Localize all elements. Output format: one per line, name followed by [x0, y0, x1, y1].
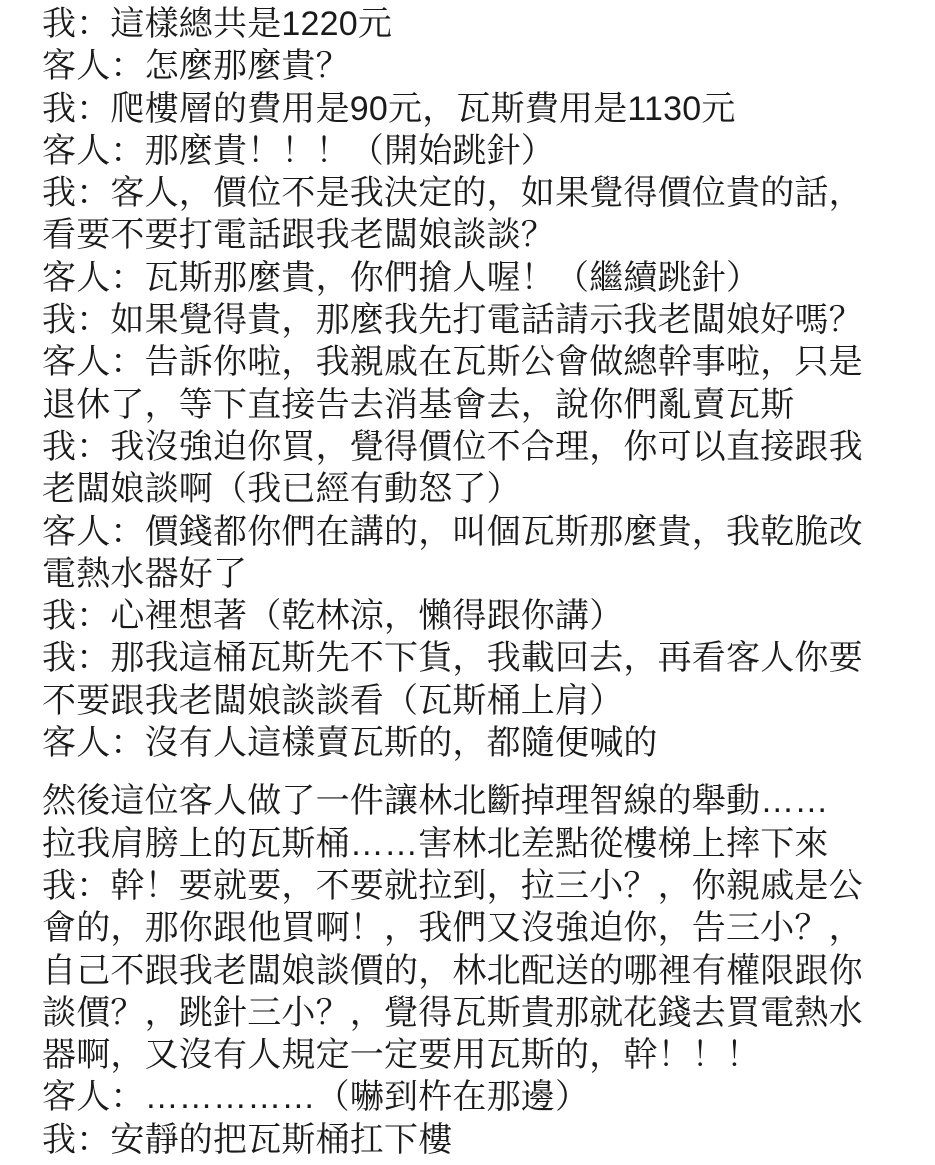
epilogue-line: 自己不跟我老闆娘談價的，林北配送的哪裡有權限跟你	[42, 950, 909, 992]
dialogue-line: 客人：價錢都你們在講的，叫個瓦斯那麼貴，我乾脆改	[42, 511, 909, 553]
epilogue-line: 談價？，跳針三小？，覺得瓦斯貴那就花錢去買電熱水	[42, 992, 909, 1034]
dialogue-line: 我：如果覺得貴，那麼我先打電話請示我老闆娘好嗎？	[42, 299, 909, 341]
epilogue-line: 我：安靜的把瓦斯桶扛下樓	[42, 1119, 909, 1161]
dialogue-line: 我：那我這桶瓦斯先不下貨，我載回去，再看客人你要	[42, 637, 909, 679]
epilogue-line: 器啊，又沒有人規定一定要用瓦斯的，幹！！！	[42, 1034, 909, 1076]
dialogue-line: 不要跟我老闆娘談談看（瓦斯桶上肩）	[42, 680, 909, 722]
dialogue-line: 我：客人，價位不是我決定的，如果覺得價位貴的話，	[42, 172, 909, 214]
dialogue-line: 客人：告訴你啦，我親戚在瓦斯公會做總幹事啦，只是	[42, 341, 909, 383]
dialogue-line: 我：爬樓層的費用是90元，瓦斯費用是1130元	[42, 88, 909, 130]
dialogue-line: 退休了，等下直接告去消基會去，說你們亂賣瓦斯	[42, 384, 909, 426]
text-page: 我：這樣總共是1220元 客人：怎麼那麼貴？ 我：爬樓層的費用是90元，瓦斯費用…	[0, 0, 935, 1165]
dialogue-line: 電熱水器好了	[42, 553, 909, 595]
dialogue-line: 我：心裡想著（乾林涼，懶得跟你講）	[42, 595, 909, 637]
epilogue-line: 拉我肩膀上的瓦斯桶……害林北差點從樓梯上摔下來	[42, 823, 909, 865]
dialogue-line: 客人：怎麼那麼貴？	[42, 45, 909, 87]
dialogue-line: 看要不要打電話跟我老闆娘談談？	[42, 214, 909, 256]
dialogue-line: 老闆娘談啊（我已經有動怒了）	[42, 468, 909, 510]
epilogue-line: 會的，那你跟他買啊！，我們又沒強迫你，告三小？，	[42, 907, 909, 949]
epilogue-line: 客人：……………（嚇到杵在那邊）	[42, 1076, 909, 1118]
dialogue-line: 客人：瓦斯那麼貴，你們搶人喔！（繼續跳針）	[42, 257, 909, 299]
epilogue-line: 然後這位客人做了一件讓林北斷掉理智線的舉動……	[42, 780, 909, 822]
dialogue-line: 我：這樣總共是1220元	[42, 3, 909, 45]
dialogue-paragraph: 我：這樣總共是1220元 客人：怎麼那麼貴？ 我：爬樓層的費用是90元，瓦斯費用…	[42, 3, 909, 764]
dialogue-line: 客人：那麼貴！！！（開始跳針）	[42, 130, 909, 172]
dialogue-line: 我：我沒強迫你買，覺得價位不合理，你可以直接跟我	[42, 426, 909, 468]
epilogue-line: 我：幹！要就要，不要就拉到，拉三小？，你親戚是公	[42, 865, 909, 907]
dialogue-line: 客人：沒有人這樣賣瓦斯的，都隨便喊的	[42, 722, 909, 764]
epilogue-paragraph: 然後這位客人做了一件讓林北斷掉理智線的舉動…… 拉我肩膀上的瓦斯桶……害林北差點…	[42, 780, 909, 1161]
